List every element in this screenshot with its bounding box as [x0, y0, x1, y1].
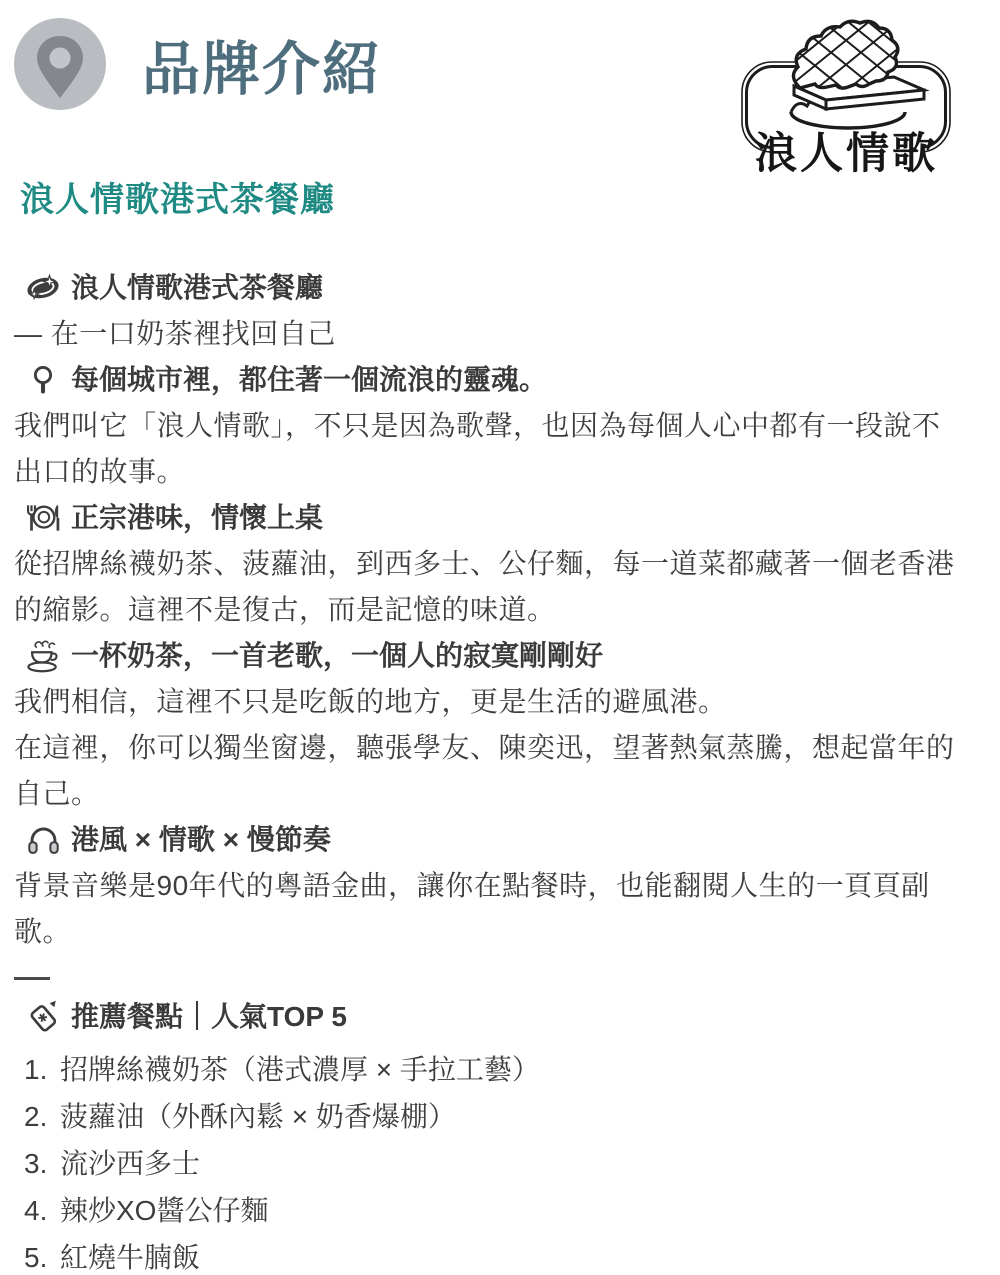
- dizzy-icon: [24, 274, 62, 302]
- top5-menu-list: 1. 招牌絲襪奶茶（港式濃厚 × 手拉工藝） 2. 菠蘿油（外酥內鬆 × 奶香爆…: [14, 1046, 956, 1275]
- paragraph: 在這裡，你可以獨坐窗邊，聽張學友、陳奕迅，望著熱氣蒸騰，想起當年的自己。: [14, 725, 956, 817]
- recommend-heading: 推薦餐點｜人氣TOP 5: [24, 994, 956, 1040]
- menu-item: 1. 招牌絲襪奶茶（港式濃厚 × 手拉工藝）: [24, 1046, 956, 1093]
- headphones-icon: [24, 825, 62, 855]
- menu-item-number: 5.: [24, 1234, 60, 1275]
- section-heading-text: 港風 × 情歌 × 慢節奏: [71, 817, 331, 863]
- section-heading-text: 正宗港味，情懷上桌: [71, 495, 323, 541]
- menu-item: 4. 辣炒XO醬公仔麵: [24, 1187, 956, 1234]
- pineapple-bun-logo-illustration: 浪人情歌: [736, 4, 956, 174]
- section-heading-music: 港風 × 情歌 × 慢節奏: [24, 817, 956, 863]
- menu-item-number: 1.: [24, 1046, 60, 1093]
- menu-item: 5. 紅燒牛腩飯: [24, 1234, 956, 1275]
- brand-description: 浪人情歌港式茶餐廳 — 在一口奶茶裡找回自己 每個城市裡，都住著一個流浪的靈魂。…: [14, 265, 956, 1275]
- location-badge: [14, 18, 106, 110]
- section-heading-brand: 浪人情歌港式茶餐廳: [24, 265, 956, 311]
- tagline: — 在一口奶茶裡找回自己: [14, 311, 956, 357]
- paragraph: 我們叫它「浪人情歌」，不只是因為歌聲，也因為每個人心中都有一段說不出口的故事。: [14, 403, 956, 495]
- location-pin-icon: [14, 18, 106, 110]
- section-heading-food: 正宗港味，情懷上桌: [24, 495, 956, 541]
- section-heading-text: 每個城市裡，都住著一個流浪的靈魂。: [71, 357, 547, 403]
- menu-item-text: 流沙西多士: [60, 1140, 200, 1187]
- section-heading-city: 每個城市裡，都住著一個流浪的靈魂。: [24, 357, 956, 403]
- recommend-heading-text: 推薦餐點｜人氣TOP 5: [71, 994, 347, 1040]
- section-heading-milktea: 一杯奶茶，一首老歌，一個人的寂寞剛剛好: [24, 633, 956, 679]
- section-heading-text: 一杯奶茶，一首老歌，一個人的寂寞剛剛好: [71, 633, 603, 679]
- menu-item-number: 4.: [24, 1187, 60, 1234]
- section-divider: [14, 977, 50, 980]
- brand-logo: 浪人情歌: [736, 4, 956, 174]
- paragraph: 從招牌絲襪奶茶、菠蘿油，到西多士、公仔麵，每一道菜都藏著一個老香港的縮影。這裡不…: [14, 541, 956, 633]
- page-header: 品牌介紹: [14, 0, 986, 110]
- menu-item-number: 2.: [24, 1093, 60, 1140]
- menu-item-text: 辣炒XO醬公仔麵: [60, 1187, 268, 1234]
- page-title: 品牌介紹: [142, 22, 382, 106]
- brand-subtitle: 浪人情歌港式茶餐廳: [20, 172, 986, 221]
- tag-icon: [24, 999, 62, 1035]
- menu-item: 3. 流沙西多士: [24, 1140, 956, 1187]
- menu-item-text: 菠蘿油（外酥內鬆 × 奶香爆棚）: [60, 1093, 456, 1140]
- teacup-icon: [24, 639, 62, 673]
- menu-item-text: 招牌絲襪奶茶（港式濃厚 × 手拉工藝）: [60, 1046, 540, 1093]
- section-heading-text: 浪人情歌港式茶餐廳: [71, 265, 323, 311]
- logo-wordmark: 浪人情歌: [754, 130, 938, 174]
- pushpin-icon: [24, 365, 62, 396]
- brand-intro-page: 品牌介紹: [0, 0, 1000, 1275]
- menu-item: 2. 菠蘿油（外酥內鬆 × 奶香爆棚）: [24, 1093, 956, 1140]
- cutlery-icon: [24, 502, 62, 534]
- paragraph: 我們相信，這裡不只是吃飯的地方，更是生活的避風港。: [14, 679, 956, 725]
- paragraph: 背景音樂是90年代的粵語金曲，讓你在點餐時，也能翻閱人生的一頁頁副歌。: [14, 863, 956, 955]
- menu-item-number: 3.: [24, 1140, 60, 1187]
- menu-item-text: 紅燒牛腩飯: [60, 1234, 200, 1275]
